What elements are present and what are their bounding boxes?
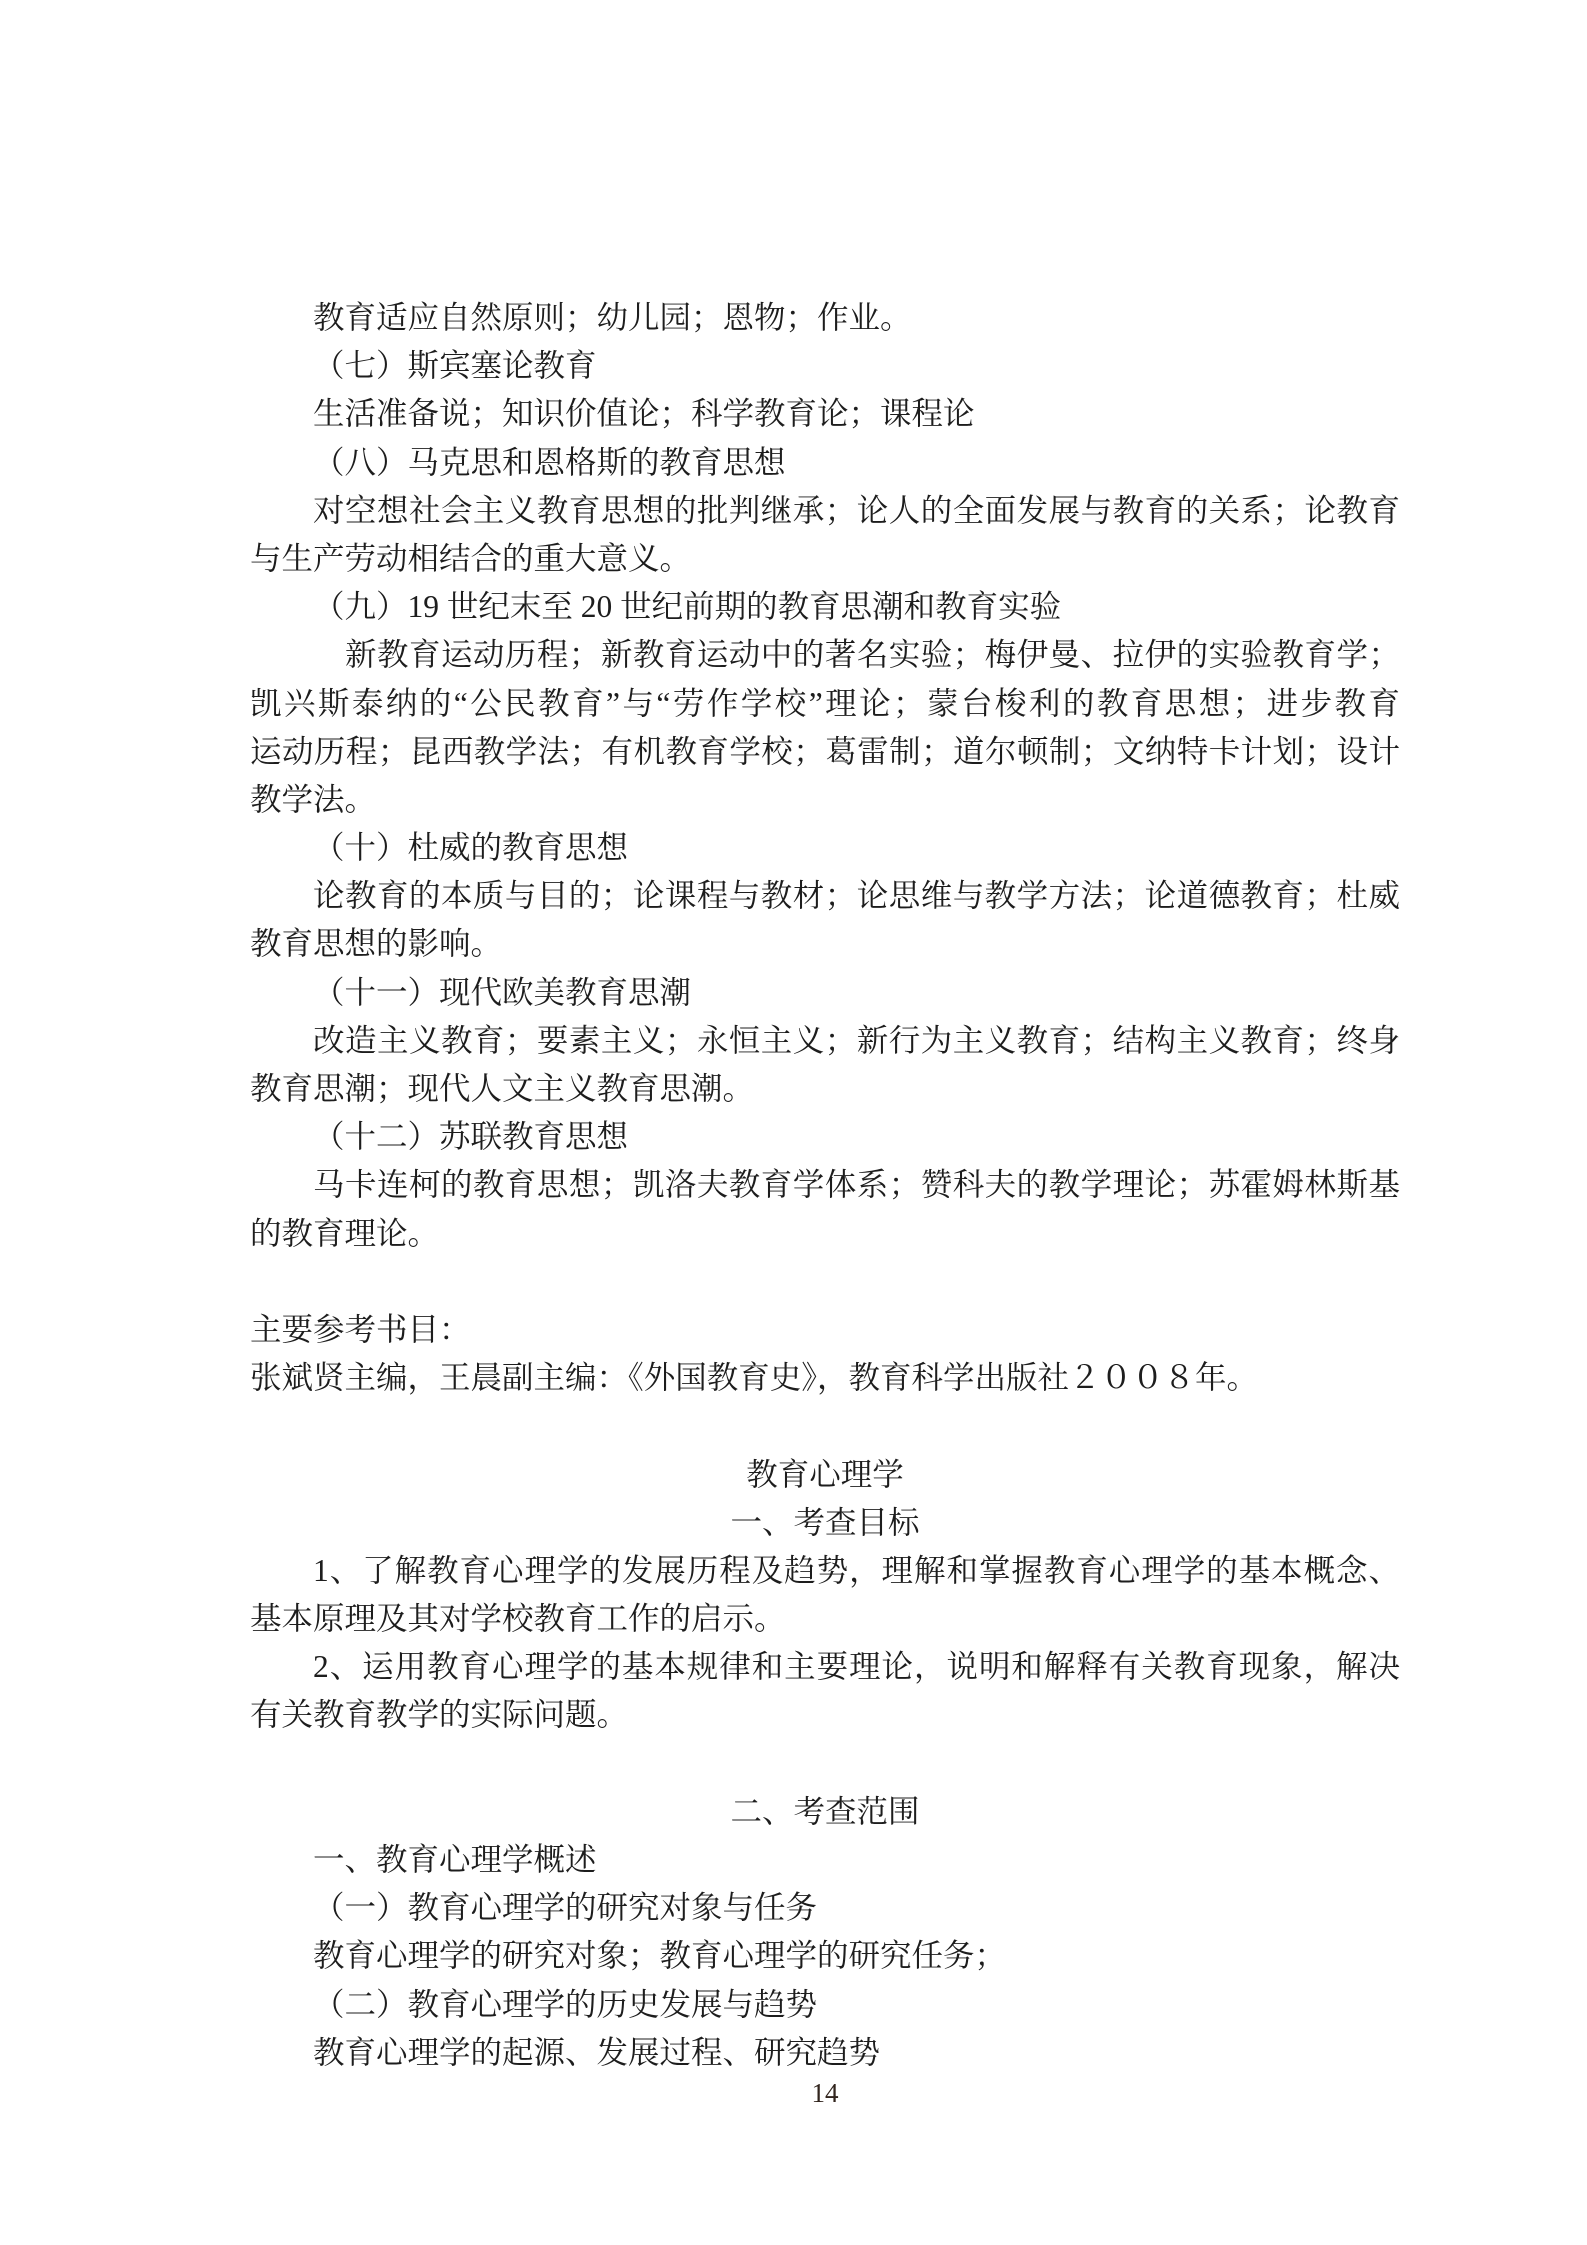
text-line: 凯兴斯泰纳的“公民教育”与“劳作学校”理论；蒙台梭利的教育思想；进步教育 bbox=[250, 680, 1400, 728]
text-line: 对空想社会主义教育思想的批判继承；论人的全面发展与教育的关系；论教育 bbox=[250, 487, 1400, 535]
blank-line bbox=[250, 1402, 1400, 1450]
text-line: 教育心理学的研究对象；教育心理学的研究任务； bbox=[250, 1932, 1400, 1980]
text-line: 2、运用教育心理学的基本规律和主要理论，说明和解释有关教育现象，解决 bbox=[250, 1643, 1400, 1691]
document-body: 教育适应自然原则；幼儿园；恩物；作业。（七）斯宾塞论教育生活准备说；知识价值论；… bbox=[250, 294, 1400, 2077]
text-line: 与生产劳动相结合的重大意义。 bbox=[250, 535, 1400, 583]
text-line: 张斌贤主编，王晨副主编：《外国教育史》，教育科学出版社２００８年。 bbox=[250, 1354, 1400, 1402]
text-line: 1、了解教育心理学的发展历程及趋势，理解和掌握教育心理学的基本概念、 bbox=[250, 1547, 1400, 1595]
text-line: （十）杜威的教育思想 bbox=[250, 824, 1400, 872]
text-line: 教学法。 bbox=[250, 776, 1400, 824]
text-line: 运动历程；昆西教学法；有机教育学校；葛雷制；道尔顿制；文纳特卡计划；设计 bbox=[250, 728, 1400, 776]
text-line: 二、考查范围 bbox=[250, 1788, 1400, 1836]
document-page: 教育适应自然原则；幼儿园；恩物；作业。（七）斯宾塞论教育生活准备说；知识价值论；… bbox=[0, 0, 1587, 2245]
text-line: 教育适应自然原则；幼儿园；恩物；作业。 bbox=[250, 294, 1400, 342]
text-line: （七）斯宾塞论教育 bbox=[250, 342, 1400, 390]
text-line: 教育思想的影响。 bbox=[250, 920, 1400, 968]
text-line: 教育心理学的起源、发展过程、研究趋势 bbox=[250, 2029, 1400, 2077]
text-line: 基本原理及其对学校教育工作的启示。 bbox=[250, 1595, 1400, 1643]
text-line: （二）教育心理学的历史发展与趋势 bbox=[250, 1981, 1400, 2029]
text-line: （九）19 世纪末至 20 世纪前期的教育思潮和教育实验 bbox=[250, 583, 1400, 631]
blank-line bbox=[250, 1258, 1400, 1306]
text-line: 生活准备说；知识价值论；科学教育论；课程论 bbox=[250, 390, 1400, 438]
text-line: 马卡连柯的教育思想；凯洛夫教育学体系；赞科夫的教学理论；苏霍姆林斯基 bbox=[250, 1161, 1400, 1209]
blank-line bbox=[250, 1740, 1400, 1788]
text-line: 论教育的本质与目的；论课程与教材；论思维与教学方法；论道德教育；杜威 bbox=[250, 872, 1400, 920]
text-line: （十一）现代欧美教育思潮 bbox=[250, 969, 1400, 1017]
text-line: （一）教育心理学的研究对象与任务 bbox=[250, 1884, 1400, 1932]
text-line: 的教育理论。 bbox=[250, 1210, 1400, 1258]
text-line: 有关教育教学的实际问题。 bbox=[250, 1691, 1400, 1739]
text-line: （八）马克思和恩格斯的教育思想 bbox=[250, 439, 1400, 487]
text-line: 主要参考书目： bbox=[250, 1306, 1400, 1354]
text-line: （十二）苏联教育思想 bbox=[250, 1113, 1400, 1161]
text-line: 一、教育心理学概述 bbox=[250, 1836, 1400, 1884]
text-line: 教育思潮；现代人文主义教育思潮。 bbox=[250, 1065, 1400, 1113]
text-line: 改造主义教育；要素主义；永恒主义；新行为主义教育；结构主义教育；终身 bbox=[250, 1017, 1400, 1065]
page-number: 14 bbox=[250, 2078, 1400, 2109]
text-line: 教育心理学 bbox=[250, 1451, 1400, 1499]
text-line: 一、考查目标 bbox=[250, 1499, 1400, 1547]
text-line: 新教育运动历程；新教育运动中的著名实验；梅伊曼、拉伊的实验教育学； bbox=[250, 631, 1400, 679]
